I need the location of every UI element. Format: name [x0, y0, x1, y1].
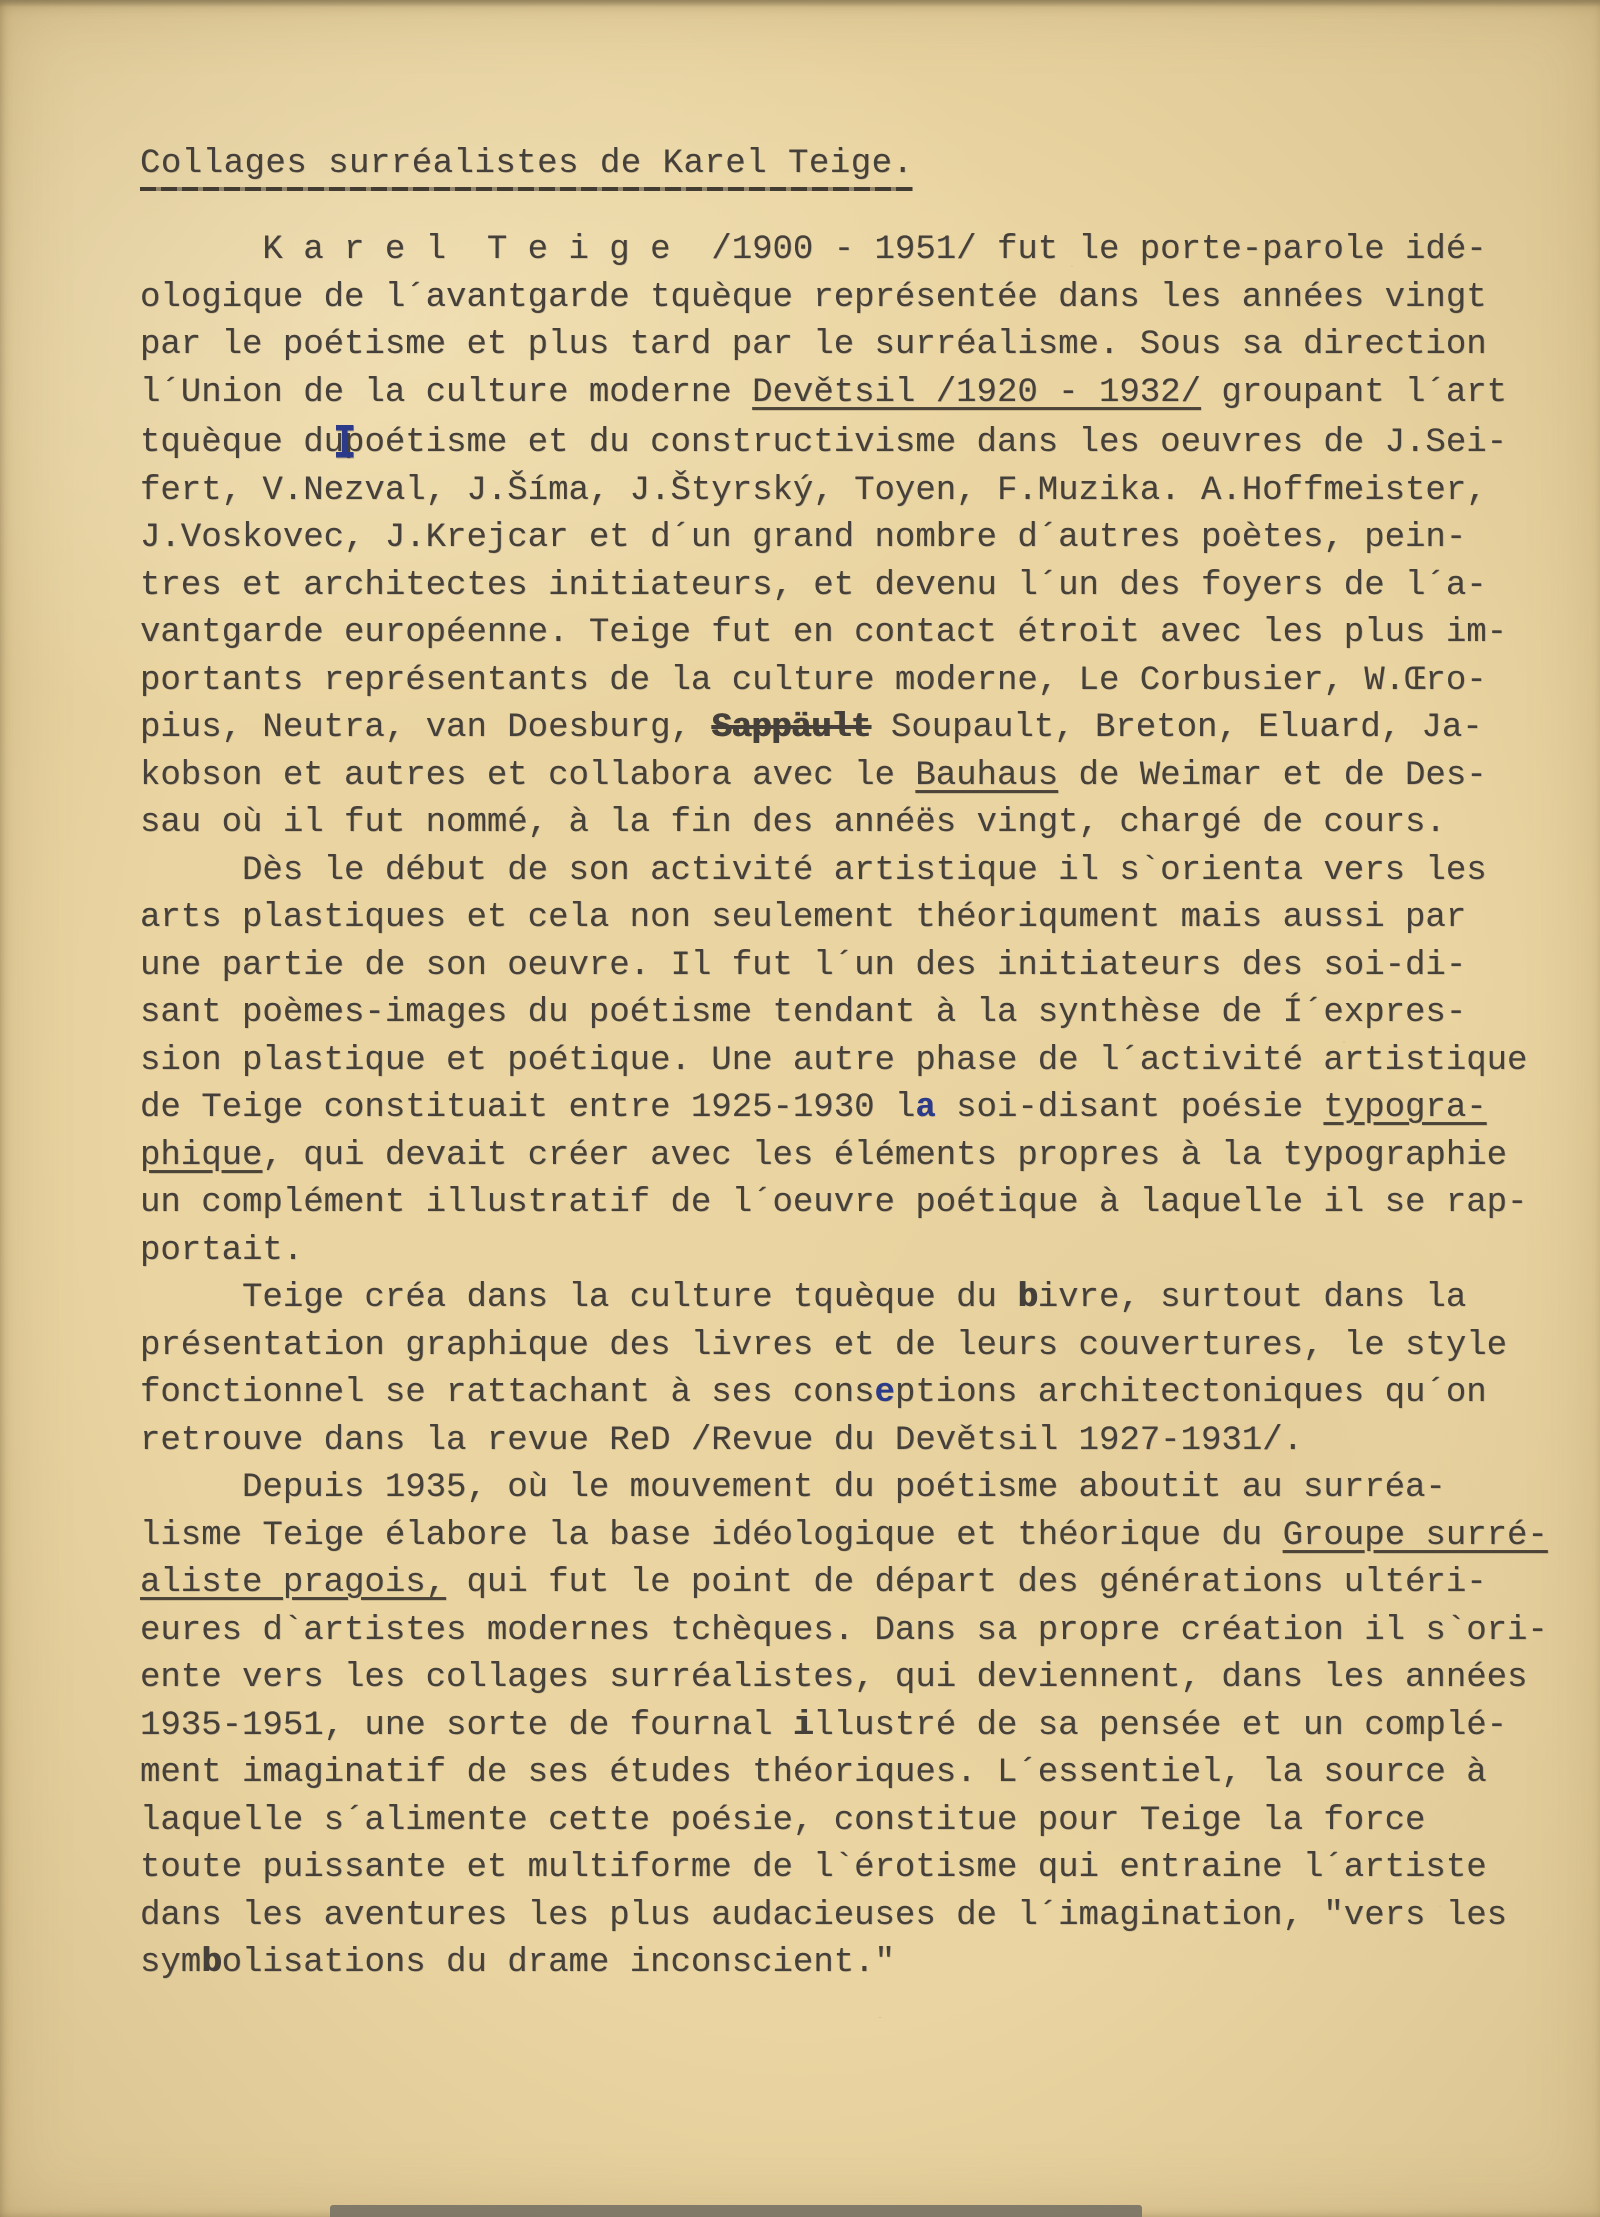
- text-run: qui fut le point de départ des génératio…: [446, 1564, 1487, 1602]
- text-line: une partie de son oeuvre. Il fut l´un de…: [140, 943, 1540, 991]
- text-run: fert, V.Nezval, J.Šíma, J.Štyrský, Toyen…: [140, 472, 1487, 510]
- text-line: Dès le début de son activité artistique …: [140, 848, 1540, 896]
- underlined-text: typogra-: [1323, 1089, 1486, 1127]
- text-run: Teige créa dans la culture tquèque du: [140, 1279, 1017, 1317]
- text-line: ente vers les collages surréalistes, qui…: [140, 1655, 1540, 1703]
- handwritten-correction: e: [875, 1374, 895, 1412]
- text-line: aliste pragois, qui fut le point de dépa…: [140, 1560, 1540, 1608]
- text-line: kobson et autres et collabora avec le Ba…: [140, 753, 1540, 801]
- text-run: 1935-1951, une sorte de fournal: [140, 1707, 793, 1745]
- text-line: ment imaginatif de ses études théoriques…: [140, 1750, 1540, 1798]
- handwritten-correction: a: [915, 1089, 935, 1127]
- text-run: ment imaginatif de ses études théoriques…: [140, 1754, 1487, 1792]
- title-block: Collages surréalistes de Karel Teige.: [140, 144, 913, 191]
- text-line: arts plastiques et cela non seulement th…: [140, 895, 1540, 943]
- text-line: phique, qui devait créer avec les élémen…: [140, 1133, 1540, 1181]
- text-line: symbolisations du drame inconscient.": [140, 1940, 1540, 1988]
- text-run: K a r e l T e i g e /1900 - 1951/ fut le…: [140, 231, 1487, 269]
- underlined-text: Bauhaus: [915, 757, 1058, 795]
- text-line: portants représentants de la culture mod…: [140, 658, 1540, 706]
- text-line: pius, Neutra, van Doesburg, Sappäult Sou…: [140, 705, 1540, 753]
- text-line: laquelle s´alimente cette poésie, consti…: [140, 1798, 1540, 1846]
- text-run: ente vers les collages surréalistes, qui…: [140, 1659, 1527, 1697]
- text-line: toute puissante et multiforme de l`éroti…: [140, 1845, 1540, 1893]
- text-run: fonctionnel se rattachant à ses cons: [140, 1374, 875, 1412]
- text-run: Dès le début de son activité artistique …: [140, 852, 1487, 890]
- text-line: portait.: [140, 1228, 1540, 1276]
- text-line: Teige créa dans la culture tquèque du bi…: [140, 1275, 1540, 1323]
- text-run: kobson et autres et collabora avec le: [140, 757, 915, 795]
- document-body: K a r e l T e i g e /1900 - 1951/ fut le…: [140, 227, 1540, 1988]
- text-line: fonctionnel se rattachant à ses consepti…: [140, 1370, 1540, 1418]
- text-run: de Teige constituait entre 1925-1930 l: [140, 1089, 915, 1127]
- text-run: soi-disant poésie: [936, 1089, 1324, 1127]
- text-line: lisme Teige élabore la base idéologique …: [140, 1513, 1540, 1561]
- text-run: ologique de l´avantgarde tquèque représe…: [140, 279, 1487, 317]
- text-line: fert, V.Nezval, J.Šíma, J.Štyrský, Toyen…: [140, 468, 1540, 516]
- struck-out-word: Sappäult: [711, 709, 870, 747]
- text-run: lisme Teige élabore la base idéologique …: [140, 1517, 1283, 1555]
- text-line: tres et architectes initiateurs, et deve…: [140, 563, 1540, 611]
- text-run: toute puissante et multiforme de l`éroti…: [140, 1849, 1487, 1887]
- text-run: présentation graphique des livres et de …: [140, 1327, 1507, 1365]
- text-run: llustré de sa pensée et un complé-: [813, 1707, 1507, 1745]
- text-run: groupant l´art: [1201, 374, 1507, 412]
- underlined-text: aliste pragois,: [140, 1564, 446, 1602]
- text-run: de Weimar et de Des-: [1058, 757, 1486, 795]
- scanner-background-strip: [330, 2205, 1142, 2217]
- text-line: sion plastique et poétique. Une autre ph…: [140, 1038, 1540, 1086]
- text-run: par le poétisme et plus tard par le surr…: [140, 326, 1487, 364]
- page-title: Collages surréalistes de Karel Teige.: [140, 144, 913, 184]
- underlined-text: Devětsil /1920 - 1932/: [752, 374, 1201, 412]
- text-run: sau où il fut nommé, à la fin des annéës…: [140, 804, 1446, 842]
- text-line: eures d`artistes modernes tchèques. Dans…: [140, 1608, 1540, 1656]
- underlined-text: phique: [140, 1137, 262, 1175]
- text-run: eures d`artistes modernes tchèques. Dans…: [140, 1612, 1548, 1650]
- title-underline: [140, 187, 913, 191]
- text-line: ologique de l´avantgarde tquèque représe…: [140, 275, 1540, 323]
- overtyped-char: i: [793, 1707, 813, 1745]
- text-line: sant poèmes-images du poétisme tendant à…: [140, 990, 1540, 1038]
- text-run: laquelle s´alimente cette poésie, consti…: [140, 1802, 1425, 1840]
- text-run: dans les aventures les plus audacieuses …: [140, 1897, 1507, 1935]
- text-line: un complément illustratif de l´oeuvre po…: [140, 1180, 1540, 1228]
- text-run: sym: [140, 1944, 201, 1982]
- text-line: de Teige constituait entre 1925-1930 la …: [140, 1085, 1540, 1133]
- text-run: Depuis 1935, où le mouvement du poétisme…: [140, 1469, 1446, 1507]
- text-run: pius, Neutra, van Doesburg,: [140, 709, 711, 747]
- text-run: , qui devait créer avec les éléments pro…: [262, 1137, 1507, 1175]
- text-run: vantgarde européenne. Teige fut en conta…: [140, 614, 1507, 652]
- overtyped-char: b: [201, 1944, 221, 1982]
- text-run: tquèque du: [140, 424, 344, 462]
- text-run: retrouve dans la revue ReD /Revue du Dev…: [140, 1422, 1303, 1460]
- page-content: Collages surréalistes de Karel Teige. K …: [0, 0, 1600, 1988]
- text-run: ptions architectoniques qu´on: [895, 1374, 1487, 1412]
- text-line: retrouve dans la revue ReD /Revue du Dev…: [140, 1418, 1540, 1466]
- text-run: sant poèmes-images du poétisme tendant à…: [140, 994, 1466, 1032]
- underlined-text: Groupe surré-: [1283, 1517, 1548, 1555]
- text-run: sion plastique et poétique. Une autre ph…: [140, 1042, 1527, 1080]
- overtyped-char: b: [1017, 1279, 1037, 1317]
- text-line: J.Voskovec, J.Krejcar et d´un grand nomb…: [140, 515, 1540, 563]
- text-line: tquèque duIpoétisme et du constructivism…: [140, 417, 1540, 468]
- text-run: olisations du drame inconscient.": [222, 1944, 895, 1982]
- text-line: sau où il fut nommé, à la fin des annéës…: [140, 800, 1540, 848]
- scanned-typewritten-page: Collages surréalistes de Karel Teige. K …: [0, 0, 1600, 2217]
- text-run: un complément illustratif de l´oeuvre po…: [140, 1184, 1527, 1222]
- text-line: Depuis 1935, où le mouvement du poétisme…: [140, 1465, 1540, 1513]
- text-line: l´Union de la culture moderne Devětsil /…: [140, 370, 1540, 418]
- text-run: ivre, surtout dans la: [1038, 1279, 1466, 1317]
- text-run: arts plastiques et cela non seulement th…: [140, 899, 1466, 937]
- text-run: poétisme et du constructivisme dans les …: [344, 424, 1507, 462]
- text-run: portait.: [140, 1232, 303, 1270]
- text-line: K a r e l T e i g e /1900 - 1951/ fut le…: [140, 227, 1540, 275]
- text-run: portants représentants de la culture mod…: [140, 662, 1487, 700]
- text-run: J.Voskovec, J.Krejcar et d´un grand nomb…: [140, 519, 1466, 557]
- text-run: l´Union de la culture moderne: [140, 374, 752, 412]
- text-run: tres et architectes initiateurs, et deve…: [140, 567, 1487, 605]
- text-line: vantgarde européenne. Teige fut en conta…: [140, 610, 1540, 658]
- text-run: une partie de son oeuvre. Il fut l´un de…: [140, 947, 1466, 985]
- text-line: dans les aventures les plus audacieuses …: [140, 1893, 1540, 1941]
- text-line: 1935-1951, une sorte de fournal illustré…: [140, 1703, 1540, 1751]
- text-line: présentation graphique des livres et de …: [140, 1323, 1540, 1371]
- text-line: par le poétisme et plus tard par le surr…: [140, 322, 1540, 370]
- text-run: Soupault, Breton, Eluard, Ja-: [871, 709, 1483, 747]
